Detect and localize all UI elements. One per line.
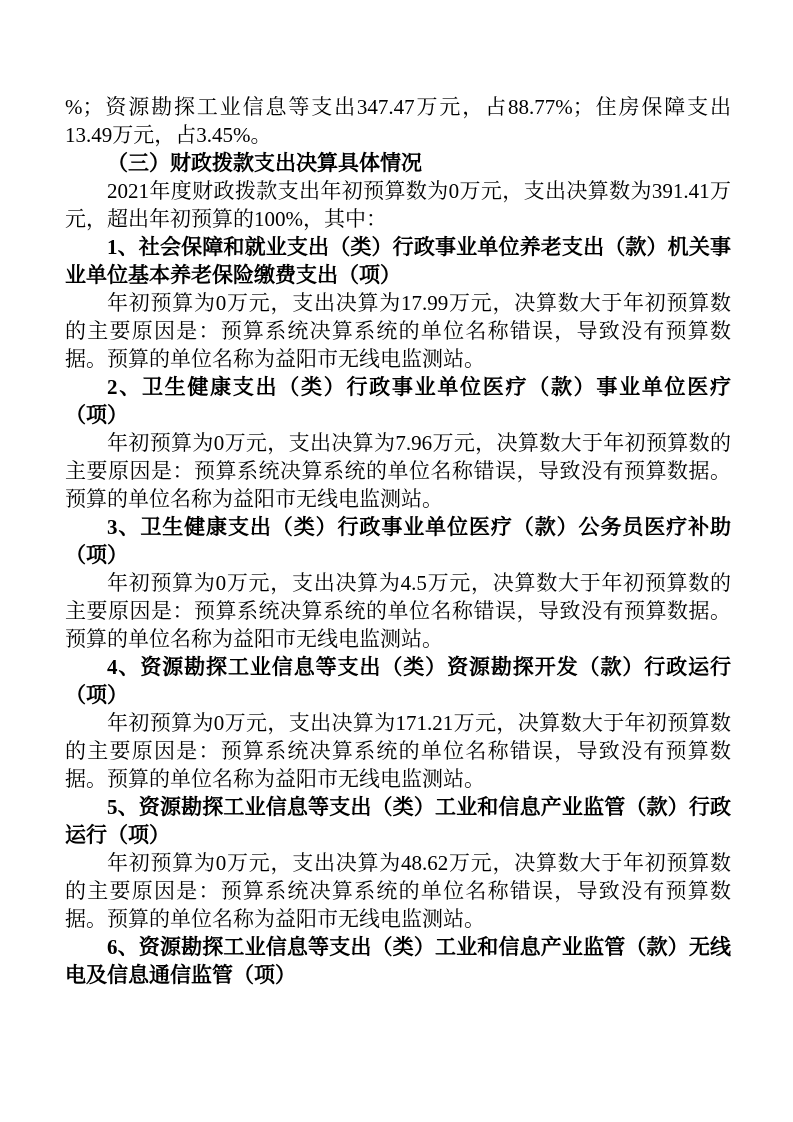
document-page: %；资源勘探工业信息等支出347.47万元，占88.77%；住房保障支出13.4…	[0, 0, 793, 1122]
item-5-heading: 5、资源勘探工业信息等支出（类）工业和信息产业监管（款）行政运行（项）	[65, 793, 731, 849]
section-heading: （三）财政拨款支出决算具体情况	[65, 149, 731, 177]
item-2-heading: 2、卫生健康支出（类）行政事业单位医疗（款）事业单位医疗（项）	[65, 373, 731, 429]
section-intro-paragraph: 2021年度财政拨款支出年初预算数为0万元，支出决算数为391.41万元，超出年…	[65, 177, 731, 233]
item-6-heading: 6、资源勘探工业信息等支出（类）工业和信息产业监管（款）无线电及信息通信监管（项…	[65, 933, 731, 989]
item-2-body: 年初预算为0万元，支出决算为7.96万元，决算数大于年初预算数的主要原因是：预算…	[65, 429, 731, 513]
item-1-body: 年初预算为0万元，支出决算为17.99万元，决算数大于年初预算数的主要原因是：预…	[65, 289, 731, 373]
item-4-heading: 4、资源勘探工业信息等支出（类）资源勘探开发（款）行政运行（项）	[65, 653, 731, 709]
item-3-heading: 3、卫生健康支出（类）行政事业单位医疗（款）公务员医疗补助（项）	[65, 513, 731, 569]
item-1-heading: 1、社会保障和就业支出（类）行政事业单位养老支出（款）机关事业单位基本养老保险缴…	[65, 233, 731, 289]
item-5-body: 年初预算为0万元，支出决算为48.62万元，决算数大于年初预算数的主要原因是：预…	[65, 849, 731, 933]
item-4-body: 年初预算为0万元，支出决算为171.21万元，决算数大于年初预算数的主要原因是：…	[65, 709, 731, 793]
intro-continuation-paragraph: %；资源勘探工业信息等支出347.47万元，占88.77%；住房保障支出13.4…	[65, 93, 731, 149]
item-3-body: 年初预算为0万元，支出决算为4.5万元，决算数大于年初预算数的主要原因是：预算系…	[65, 569, 731, 653]
